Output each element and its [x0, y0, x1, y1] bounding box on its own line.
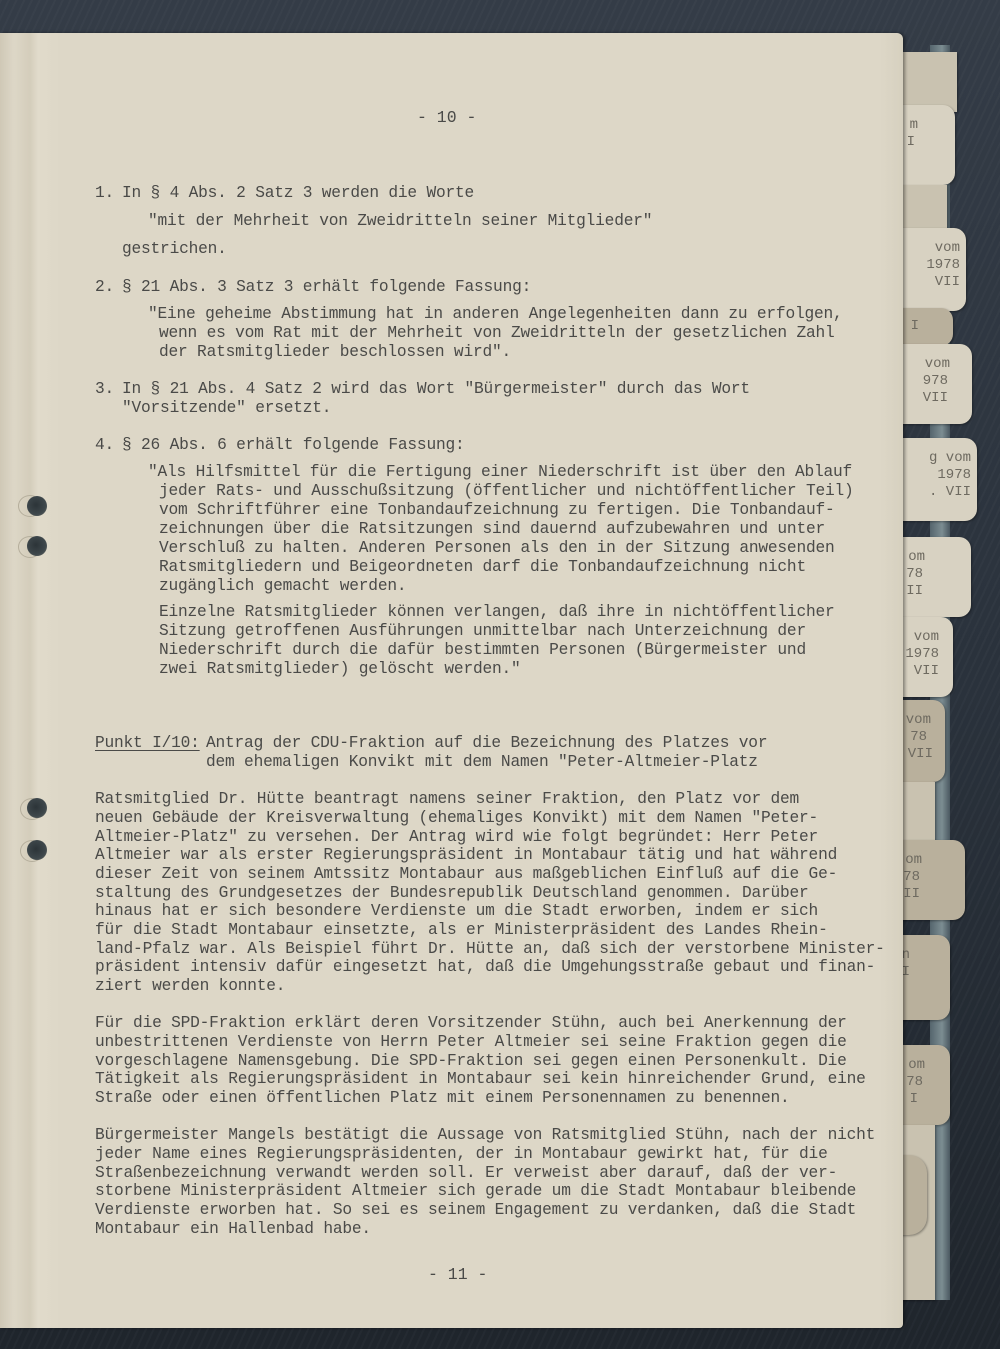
paragraph-line: staltung des Grundgesetzes der Bundesrep…	[95, 884, 809, 903]
page-number-top: - 10 -	[417, 108, 476, 127]
binder-tab: vom 1978 VII	[895, 617, 953, 697]
amendment-number: 2.	[95, 278, 114, 297]
agenda-item-label: Punkt I/10:	[95, 734, 200, 753]
paragraph-line: hinaus hat er sich besondere Verdienste …	[95, 902, 818, 921]
binder-tab: vom 1978 VII	[895, 228, 966, 311]
punch-hole	[27, 840, 47, 860]
binder-tab: om 78 II	[895, 840, 965, 920]
amendment-quote: Einzelne Ratsmitglieder können verlangen…	[159, 603, 835, 622]
amendment-quote: "Als Hilfsmittel für die Fertigung einer…	[148, 463, 852, 482]
paragraph-line: für die Stadt Montabaur einsetzte, als e…	[95, 921, 828, 940]
paragraph-line: ziert werden konnte.	[95, 977, 285, 996]
amendment-quote: jeder Rats- und Ausschußsitzung (öffentl…	[159, 482, 854, 501]
paragraph-line: Verdienste erworben hat. So sei es seine…	[95, 1201, 856, 1220]
paragraph-line: Tätigkeit als Regierungspräsident in Mon…	[95, 1070, 866, 1089]
amendment-quote: Sitzung getroffenen Ausführungen unmitte…	[159, 622, 806, 641]
amendment-quote: Niederschrift durch die dafür bestimmten…	[159, 641, 806, 660]
paragraph-line: Bürgermeister Mangels bestätigt die Auss…	[95, 1126, 875, 1145]
paragraph-line: jeder Name eines Regierungspräsidenten, …	[95, 1145, 828, 1164]
agenda-item-title: dem ehemaligen Konvikt mit dem Namen "Pe…	[206, 753, 758, 772]
punch-hole	[27, 536, 47, 556]
amendment-number: 3.	[95, 380, 114, 399]
paragraph-line: Für die SPD-Fraktion erklärt deren Vorsi…	[95, 1014, 847, 1033]
amendment-quote: zeichnungen über die Ratsitzungen sind d…	[159, 520, 825, 539]
amendment-text: § 21 Abs. 3 Satz 3 erhält folgende Fassu…	[122, 278, 531, 297]
punch-hole	[27, 496, 47, 516]
paragraph-line: Montabaur ein Hallenbad habe.	[95, 1220, 371, 1239]
paragraph-line: Straßenbezeichnung verwandt werden soll.…	[95, 1164, 837, 1183]
paragraph-line: dieser Zeit von seinem Amtssitz Montabau…	[95, 865, 837, 884]
amendment-quote: wenn es vom Rat mit der Mehrheit von Zwe…	[159, 324, 835, 343]
amendment-quote: Verschluß zu halten. Anderen Personen al…	[159, 539, 835, 558]
amendment-quote: Ratsmitgliedern und Beigeordneten darf d…	[159, 558, 806, 577]
amendment-text: § 26 Abs. 6 erhält folgende Fassung:	[122, 436, 465, 455]
amendment-number: 1.	[95, 184, 114, 203]
amendment-tail: gestrichen.	[122, 240, 227, 259]
paragraph-line: vorgeschlagene Namensgebung. Die SPD-Fra…	[95, 1052, 847, 1071]
paragraph-line: neuen Gebäude der Kreisverwaltung (ehema…	[95, 809, 818, 828]
paragraph-line: Altmeier war als erster Regierungspräsid…	[95, 846, 837, 865]
amendment-number: 4.	[95, 436, 114, 455]
agenda-item-title: Antrag der CDU-Fraktion auf die Bezeichn…	[206, 734, 767, 753]
paragraph-line: storbene Ministerpräsident Altmeier sich…	[95, 1182, 856, 1201]
amendment-text: "Vorsitzende" ersetzt.	[122, 399, 331, 418]
paragraph-line: unbestrittenen Verdienste von Herrn Pete…	[95, 1033, 847, 1052]
punch-hole	[27, 798, 47, 818]
binder-tab-strip	[895, 52, 957, 112]
paragraph-line: Altmeier-Platz" zu versehen. Der Antrag …	[95, 828, 818, 847]
binder-tab: n I	[895, 935, 950, 1020]
paragraph-line: präsident intensiv dafür eingesetzt hat,…	[95, 958, 875, 977]
binder-tab: om 78 II	[895, 537, 971, 617]
amendment-quote: "Eine geheime Abstimmung hat in anderen …	[148, 305, 843, 324]
paragraph-line: land-Pfalz war. Als Beispiel führt Dr. H…	[95, 940, 885, 959]
amendment-text: In § 4 Abs. 2 Satz 3 werden die Worte	[122, 184, 474, 203]
amendment-text: In § 21 Abs. 4 Satz 2 wird das Wort "Bür…	[122, 380, 750, 399]
paragraph-line: Straße oder einen öffentlichen Platz mit…	[95, 1089, 790, 1108]
page-number-bottom: - 11 -	[428, 1265, 487, 1284]
binder-tab: I	[895, 308, 953, 346]
paragraph-line: Ratsmitglied Dr. Hütte beantragt namens …	[95, 790, 799, 809]
binder-tab: m I	[895, 105, 955, 185]
binder-tab: g vom 1978 . VII	[895, 438, 977, 521]
amendment-quote: zugänglich gemacht werden.	[159, 577, 406, 596]
amendment-quote: "mit der Mehrheit von Zweidritteln seine…	[148, 212, 652, 231]
amendment-quote: vom Schriftführer eine Tonbandaufzeichnu…	[159, 501, 835, 520]
binder-tab: om 78 I	[895, 1045, 950, 1125]
binder-tab: vom 978 VII	[895, 344, 972, 424]
amendment-quote: der Ratsmitglieder beschlossen wird".	[159, 343, 511, 362]
amendment-quote: zwei Ratsmitglieder) gelöscht werden."	[159, 660, 521, 679]
